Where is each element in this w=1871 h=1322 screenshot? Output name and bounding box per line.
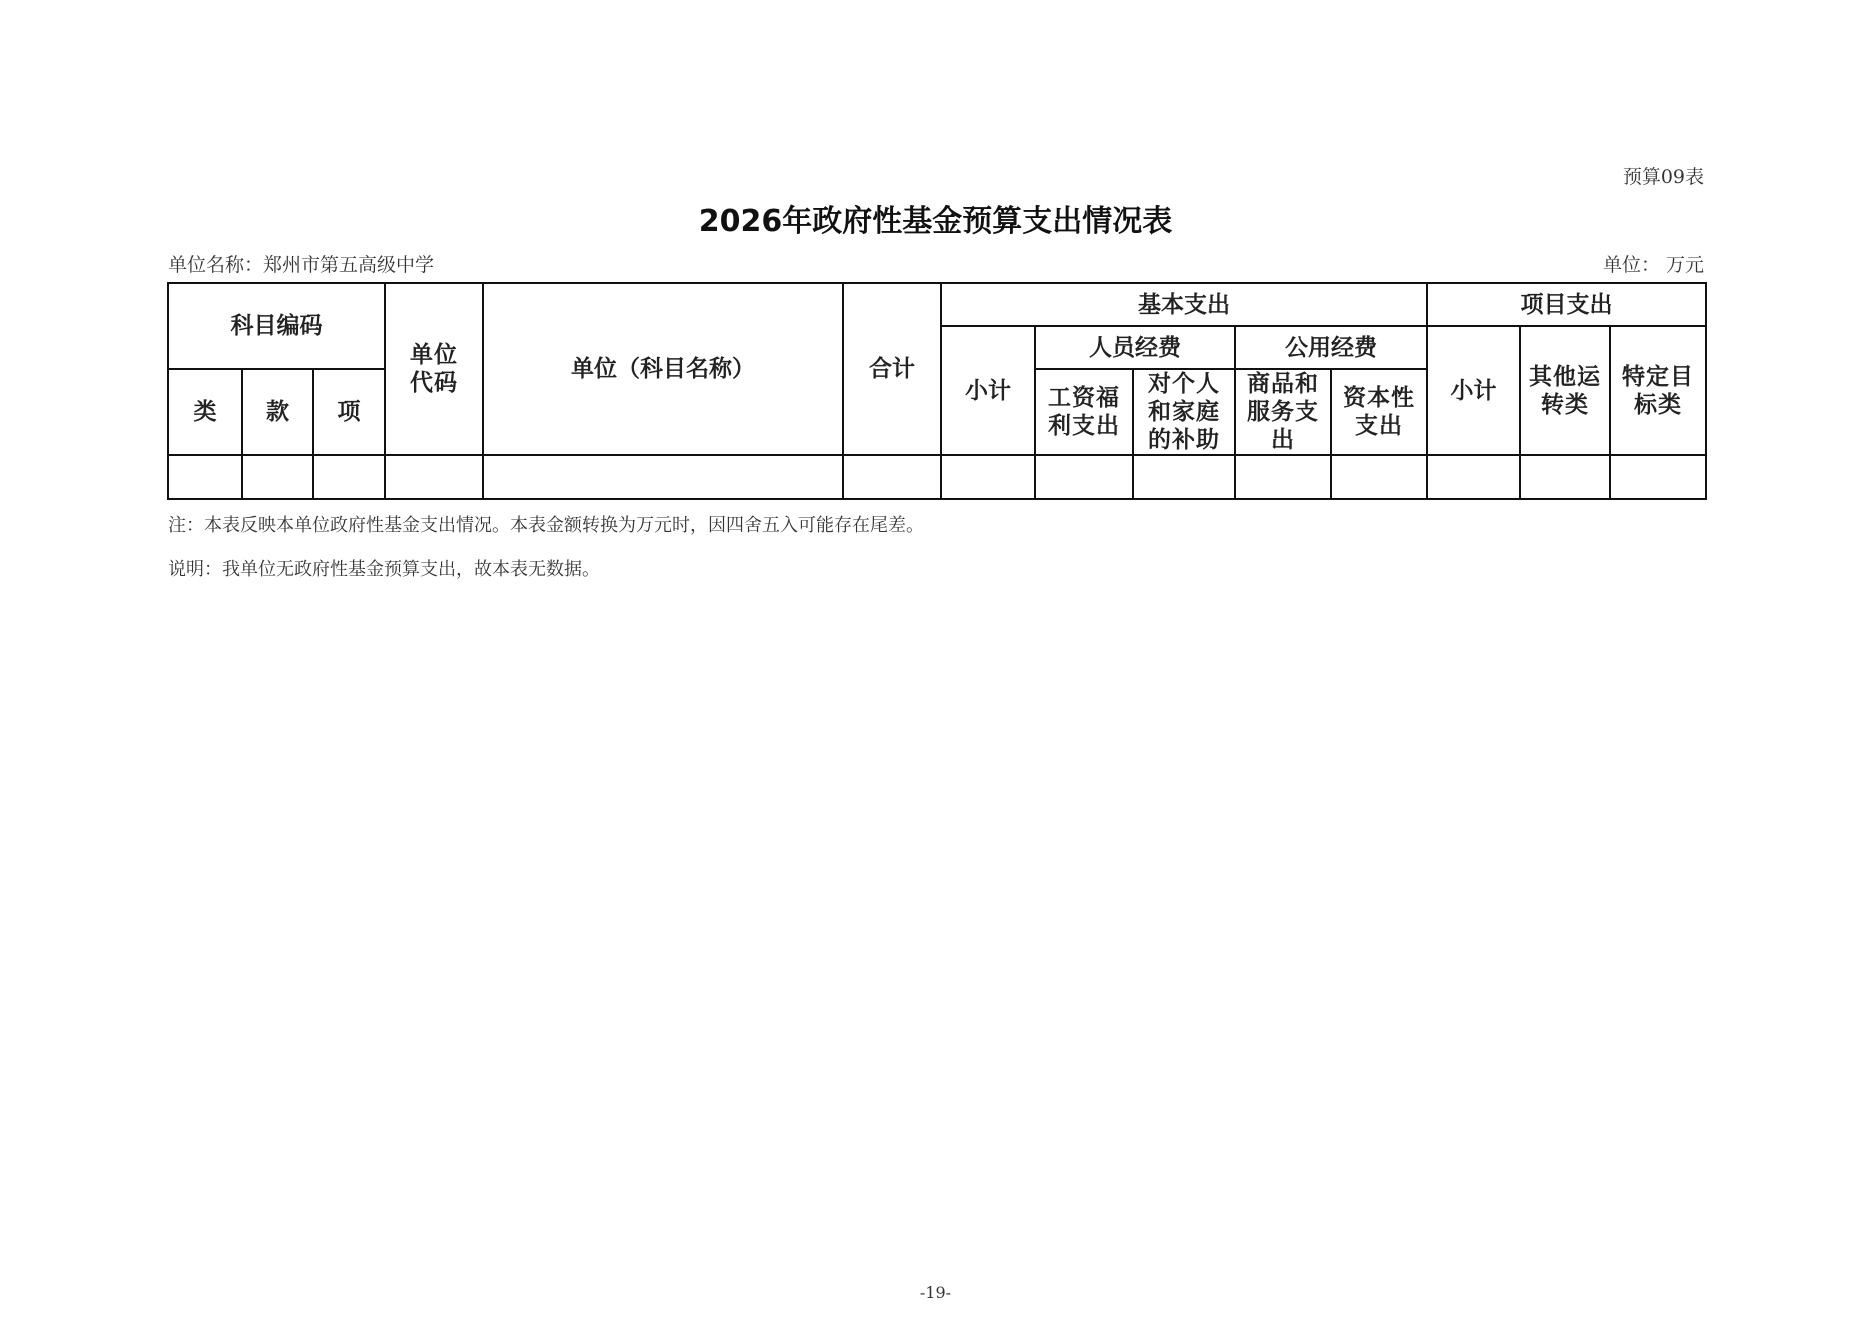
header-basic-subtotal: 小计 [941, 326, 1035, 455]
header-unit-subject-name: 单位（科目名称） [483, 283, 843, 455]
header-unit-code: 单位代码 [385, 283, 483, 455]
header-individual-family-subsidy: 对个人和家庭的补助 [1133, 369, 1235, 455]
cell [242, 455, 313, 499]
header-goods-services: 商品和服务支出 [1235, 369, 1331, 455]
cell [1133, 455, 1235, 499]
cell [941, 455, 1035, 499]
unit-measure: 单位： 万元 [1603, 250, 1704, 277]
header-subject-code: 科目编码 [168, 283, 385, 369]
header-other-operating: 其他运转类 [1520, 326, 1610, 455]
header-class: 类 [168, 369, 242, 455]
table-note: 注：本表反映本单位政府性基金支出情况。本表金额转换为万元时，因四舍五入可能存在尾… [168, 511, 924, 537]
page-number: -19- [0, 1283, 1871, 1302]
header-public-expense: 公用经费 [1235, 326, 1427, 369]
header-project-subtotal: 小计 [1427, 326, 1520, 455]
header-project-expenditure: 项目支出 [1427, 283, 1706, 326]
table-explanation: 说明：我单位无政府性基金预算支出，故本表无数据。 [168, 555, 600, 581]
cell [168, 455, 242, 499]
header-section: 款 [242, 369, 313, 455]
header-specific-target: 特定目标类 [1610, 326, 1706, 455]
budget-table: 科目编码 单位代码 单位（科目名称） 合计 基本支出 项目支出 小计 人员经费 … [167, 282, 1707, 500]
header-personnel-expense: 人员经费 [1035, 326, 1235, 369]
unit-name: 单位名称：郑州市第五高级中学 [168, 250, 434, 277]
header-total: 合计 [843, 283, 941, 455]
page-title: 2026年政府性基金预算支出情况表 [0, 196, 1871, 240]
cell [1235, 455, 1331, 499]
header-basic-expenditure: 基本支出 [941, 283, 1427, 326]
header-wages-welfare: 工资福利支出 [1035, 369, 1133, 455]
cell [483, 455, 843, 499]
header-capital-expenditure: 资本性支出 [1331, 369, 1427, 455]
cell [385, 455, 483, 499]
cell [1035, 455, 1133, 499]
cell [313, 455, 385, 499]
table-row [168, 455, 1706, 499]
cell [1331, 455, 1427, 499]
cell [1427, 455, 1520, 499]
cell [843, 455, 941, 499]
header-item: 项 [313, 369, 385, 455]
form-id: 预算09表 [1623, 162, 1704, 189]
cell [1520, 455, 1610, 499]
cell [1610, 455, 1706, 499]
